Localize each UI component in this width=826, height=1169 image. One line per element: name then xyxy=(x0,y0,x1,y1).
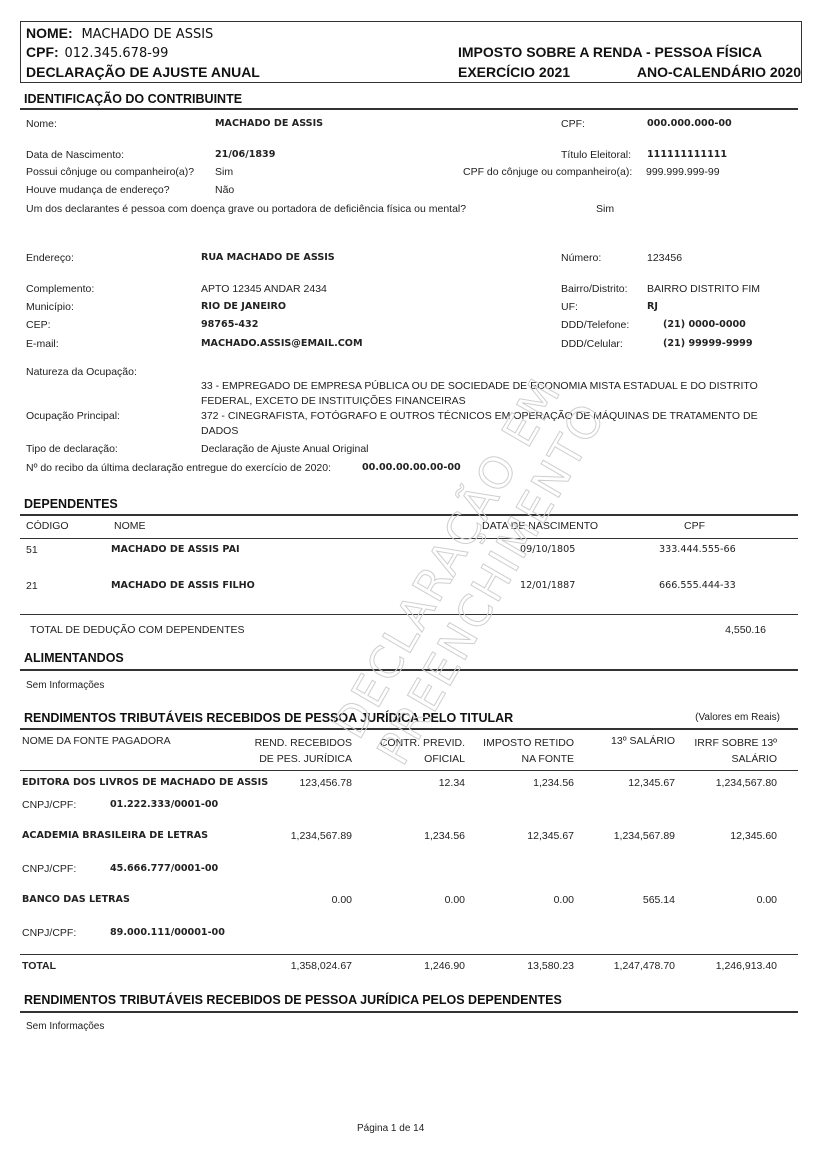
col-label: REND. RECEBIDOS xyxy=(255,737,352,749)
divider xyxy=(20,1011,798,1013)
fonte-cnpj: 01.222.333/0001-00 xyxy=(110,799,218,810)
value-nascimento: 21/06/1839 xyxy=(215,149,275,160)
label-tipo: Tipo de declaração: xyxy=(26,443,118,455)
value-numero: 123456 xyxy=(647,252,682,264)
total-previd: 1,246.90 xyxy=(424,960,465,972)
value-total-deducao: 4,550.16 xyxy=(725,624,766,636)
dep-cpf: 666.555.444-33 xyxy=(659,580,736,591)
value-cpf: 000.000.000-00 xyxy=(647,118,732,129)
label-doenca: Um dos declarantes é pessoa com doença g… xyxy=(26,203,466,215)
value-doenca: Sim xyxy=(596,203,614,215)
fonte-cnpj: 89.000.111/00001-00 xyxy=(110,927,225,938)
label-telefone: DDD/Telefone: xyxy=(561,319,629,331)
dep-codigo: 21 xyxy=(26,580,38,592)
label-bairro: Bairro/Distrito: xyxy=(561,283,628,295)
total-irrf-13: 1,246,913.40 xyxy=(716,960,777,972)
col-nascimento: DATA DE NASCIMENTO xyxy=(482,520,598,532)
fonte-irrf-13: 0.00 xyxy=(757,894,777,906)
col-fonte: NOME DA FONTE PAGADORA xyxy=(22,735,171,747)
fonte-previd: 0.00 xyxy=(445,894,465,906)
fonte-rend: 1,234,567.89 xyxy=(291,830,352,842)
total-label: TOTAL xyxy=(22,960,56,972)
divider xyxy=(20,669,798,671)
fonte-irrf-13: 12,345.60 xyxy=(730,830,777,842)
section-title-identificacao: IDENTIFICAÇÃO DO CONTRIBUINTE xyxy=(24,92,242,106)
label-complemento: Complemento: xyxy=(26,283,94,295)
page-number: Página 1 de 14 xyxy=(357,1123,424,1134)
cnpj-label: CNPJ/CPF: xyxy=(22,863,76,875)
value-ocupacao-1: 372 - CINEGRAFISTA, FOTÓGRAFO E OUTROS T… xyxy=(201,410,758,422)
value-uf: RJ xyxy=(647,301,658,312)
cnpj-label: CNPJ/CPF: xyxy=(22,799,76,811)
fonte-nome: ACADEMIA BRASILEIRA DE LETRAS xyxy=(22,830,208,841)
col-previd: CONTR. PREVID.OFICIAL xyxy=(380,735,465,767)
fonte-irrf-13: 1,234,567.80 xyxy=(716,777,777,789)
value-celular: (21) 99999-9999 xyxy=(663,338,753,349)
value-municipio: RIO DE JANEIRO xyxy=(201,301,286,312)
value-tipo: Declaração de Ajuste Anual Original xyxy=(201,443,369,455)
col-irrf-13: IRRF SOBRE 13ºSALÁRIO xyxy=(694,735,777,767)
fonte-13-salario: 565.14 xyxy=(643,894,675,906)
divider xyxy=(20,614,798,615)
label-recibo: Nº do recibo da última declaração entreg… xyxy=(26,462,331,474)
dep-nascimento: 09/10/1805 xyxy=(520,544,575,555)
divider xyxy=(20,514,798,516)
header-cpf: CPF: 012.345.678-99 xyxy=(26,44,168,61)
value-complemento: APTO 12345 ANDAR 2434 xyxy=(201,283,327,295)
section-title-rendimentos-titular: RENDIMENTOS TRIBUTÁVEIS RECEBIDOS DE PES… xyxy=(24,711,513,725)
section-title-alimentandos: ALIMENTANDOS xyxy=(24,651,124,665)
fonte-cnpj: 45.666.777/0001-00 xyxy=(110,863,218,874)
section-title-dependentes: DEPENDENTES xyxy=(24,497,118,511)
tax-title: IMPOSTO SOBRE A RENDA - PESSOA FÍSICA xyxy=(458,44,762,60)
taxpayer-name: MACHADO DE ASSIS xyxy=(81,27,213,42)
dep-cpf: 333.444.555-66 xyxy=(659,544,736,555)
label-cep: CEP: xyxy=(26,319,51,331)
header-name: NOME: MACHADO DE ASSIS xyxy=(26,25,213,42)
label-titulo: Título Eleitoral: xyxy=(561,149,631,161)
valores-note: (Valores em Reais) xyxy=(695,712,780,723)
total-13-salario: 1,247,478.70 xyxy=(614,960,675,972)
col-label: CONTR. PREVID. xyxy=(380,737,465,749)
label-natureza: Natureza da Ocupação: xyxy=(26,366,137,378)
col-label: NA FONTE xyxy=(521,753,574,765)
fonte-imposto: 12,345.67 xyxy=(527,830,574,842)
taxpayer-cpf: 012.345.678-99 xyxy=(65,46,169,61)
col-label: IMPOSTO RETIDO xyxy=(483,737,574,749)
col-rend: REND. RECEBIDOSDE PES. JURÍDICA xyxy=(255,735,352,767)
fonte-13-salario: 12,345.67 xyxy=(628,777,675,789)
label-cpf-conjuge: CPF do cônjuge ou companheiro(a): xyxy=(463,166,632,178)
col-cpf: CPF xyxy=(684,520,705,532)
value-nome: MACHADO DE ASSIS xyxy=(215,118,323,129)
rendimentos-dependentes-empty: Sem Informações xyxy=(26,1021,104,1032)
label-nome: Nome: xyxy=(26,118,57,130)
value-mudanca: Não xyxy=(215,184,234,196)
label-ocupacao: Ocupação Principal: xyxy=(26,410,120,422)
value-bairro: BAIRRO DISTRITO FIM xyxy=(647,283,760,295)
value-cep: 98765-432 xyxy=(201,319,258,330)
label-endereco: Endereço: xyxy=(26,252,74,264)
value-telefone: (21) 0000-0000 xyxy=(663,319,746,330)
col-nome: NOME xyxy=(114,520,146,532)
label-celular: DDD/Celular: xyxy=(561,338,623,350)
label-cpf: CPF: xyxy=(561,118,585,130)
label-municipio: Município: xyxy=(26,301,74,313)
col-imposto: IMPOSTO RETIDONA FONTE xyxy=(483,735,574,767)
col-13-salario: 13º SALÁRIO xyxy=(611,735,675,747)
divider xyxy=(20,538,798,539)
label-nascimento: Data de Nascimento: xyxy=(26,149,124,161)
ano-calendario: ANO-CALENDÁRIO 2020 xyxy=(637,64,801,80)
col-codigo: CÓDIGO xyxy=(26,520,69,532)
fonte-previd: 12.34 xyxy=(439,777,465,789)
label-total-deducao: TOTAL DE DEDUÇÃO COM DEPENDENTES xyxy=(30,624,245,636)
alimentandos-empty: Sem Informações xyxy=(26,680,104,691)
doc-type: DECLARAÇÃO DE AJUSTE ANUAL xyxy=(26,64,260,80)
value-titulo: 111111111111 xyxy=(647,149,727,160)
value-ocupacao-2: DADOS xyxy=(201,425,238,437)
value-conjuge: Sim xyxy=(215,166,233,178)
label-uf: UF: xyxy=(561,301,578,313)
fonte-imposto: 1,234.56 xyxy=(533,777,574,789)
fonte-rend: 0.00 xyxy=(332,894,352,906)
label-conjuge: Possui cônjuge ou companheiro(a)? xyxy=(26,166,194,178)
fonte-rend: 123,456.78 xyxy=(299,777,352,789)
fonte-13-salario: 1,234,567.89 xyxy=(614,830,675,842)
label-numero: Número: xyxy=(561,252,601,264)
col-label: SALÁRIO xyxy=(731,753,777,765)
col-label: DE PES. JURÍDICA xyxy=(259,753,352,765)
exercicio: EXERCÍCIO 2021 xyxy=(458,64,570,80)
total-imposto: 13,580.23 xyxy=(527,960,574,972)
value-recibo: 00.00.00.00.00-00 xyxy=(362,462,461,473)
value-natureza-2: FEDERAL, EXCETO DE INSTITUIÇÕES FINANCEI… xyxy=(201,395,466,407)
value-cpf-conjuge: 999.999.999-99 xyxy=(646,166,720,178)
dep-codigo: 51 xyxy=(26,544,38,556)
section-title-rendimentos-dependentes: RENDIMENTOS TRIBUTÁVEIS RECEBIDOS DE PES… xyxy=(24,993,562,1007)
divider xyxy=(20,954,798,955)
total-rend: 1,358,024.67 xyxy=(291,960,352,972)
fonte-nome: EDITORA DOS LIVROS DE MACHADO DE ASSIS xyxy=(22,777,268,788)
fonte-imposto: 0.00 xyxy=(554,894,574,906)
fonte-nome: BANCO DAS LETRAS xyxy=(22,894,130,905)
dep-nascimento: 12/01/1887 xyxy=(520,580,575,591)
divider xyxy=(20,728,798,730)
divider xyxy=(20,770,798,771)
fonte-previd: 1,234.56 xyxy=(424,830,465,842)
divider xyxy=(20,108,798,110)
dep-nome: MACHADO DE ASSIS PAI xyxy=(111,544,240,555)
col-label: IRRF SOBRE 13º xyxy=(694,737,777,749)
value-endereco: RUA MACHADO DE ASSIS xyxy=(201,252,335,263)
col-label: OFICIAL xyxy=(424,753,465,765)
label-mudanca: Houve mudança de endereço? xyxy=(26,184,170,196)
dep-nome: MACHADO DE ASSIS FILHO xyxy=(111,580,255,591)
label-email: E-mail: xyxy=(26,338,59,350)
value-email: MACHADO.ASSIS@EMAIL.COM xyxy=(201,338,363,349)
cnpj-label: CNPJ/CPF: xyxy=(22,927,76,939)
value-natureza-1: 33 - EMPREGADO DE EMPRESA PÚBLICA OU DE … xyxy=(201,380,758,392)
